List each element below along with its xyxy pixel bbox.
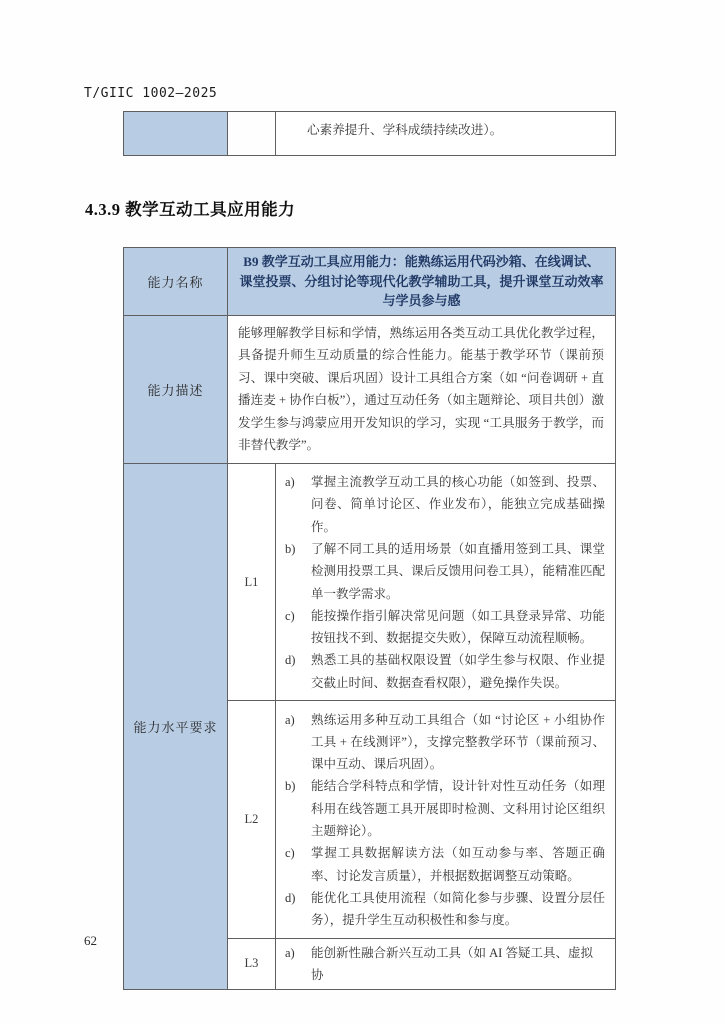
continuation-level-cell [228,112,276,156]
item-text: 熟悉工具的基础权限设置（如学生参与权限、作业提交截止时间、数据查看权限），避免操… [311,649,605,694]
capability-level-requirements-label: 能力水平要求 [124,464,228,990]
item-marker: b) [283,775,311,797]
item-marker: c) [283,842,311,864]
item-marker: c) [283,605,311,627]
item-text: 能按操作指引解决常见问题（如工具登录异常、功能按钮找不到、数据提交失败），保障互… [311,605,605,650]
list-item: d) 熟悉工具的基础权限设置（如学生参与权限、作业提交截止时间、数据查看权限），… [283,649,605,694]
table-row-level-1: 能力水平要求 L1 a) 掌握主流教学互动工具的核心功能（如签到、投票、问卷、简… [124,464,616,701]
continuation-label-cell [124,112,228,156]
capability-table: 能力名称 B9 教学互动工具应用能力：能熟练运用代码沙箱、在线调试、课堂投票、分… [123,247,616,990]
item-text: 了解不同工具的适用场景（如直播用签到工具、课堂检测用投票工具、课后反馈用问卷工具… [311,538,605,605]
list-item: b) 能结合学科特点和学情，设计针对性互动任务（如理科用在线答题工具开展即时检测… [283,775,605,842]
item-marker: d) [283,887,311,909]
section-heading: 4.3.9 教学互动工具应用能力 [85,196,295,220]
item-marker: d) [283,649,311,671]
level-1-label: L1 [228,464,276,701]
item-marker: a) [283,471,311,493]
continuation-text-cell: 心素养提升、学科成绩持续改进）。 [276,112,616,156]
list-item: c) 能按操作指引解决常见问题（如工具登录异常、功能按钮找不到、数据提交失败），… [283,605,605,650]
capability-description-label: 能力描述 [124,315,228,464]
level-1-items: a) 掌握主流教学互动工具的核心功能（如签到、投票、问卷、简单讨论区、作业发布）… [276,464,616,701]
list-item: a) 掌握主流教学互动工具的核心功能（如签到、投票、问卷、简单讨论区、作业发布）… [283,471,605,538]
table-row-capability-description: 能力描述 能够理解教学目标和学情，熟练运用各类互动工具优化教学过程，具备提升师生… [124,315,616,464]
document-standard-number: T/GIIC 1002—2025 [84,86,217,101]
item-text: 能结合学科特点和学情，设计针对性互动任务（如理科用在线答题工具开展即时检测、文科… [311,775,605,842]
list-item: b) 了解不同工具的适用场景（如直播用签到工具、课堂检测用投票工具、课后反馈用问… [283,538,605,605]
capability-name-label: 能力名称 [124,248,228,316]
item-marker: a) [283,709,311,731]
table-row-capability-name: 能力名称 B9 教学互动工具应用能力：能熟练运用代码沙箱、在线调试、课堂投票、分… [124,248,616,316]
level-3-items: a) 能创新性融合新兴互动工具（如 AI 答疑工具、虚拟协 [276,939,616,990]
item-marker: a) [283,942,311,964]
item-text: 能优化工具使用流程（如简化参与步骤、设置分层任务），提升学生互动积极性和参与度。 [311,887,605,932]
list-item: d) 能优化工具使用流程（如简化参与步骤、设置分层任务），提升学生互动积极性和参… [283,887,605,932]
capability-name-content: B9 教学互动工具应用能力：能熟练运用代码沙箱、在线调试、课堂投票、分组讨论等现… [228,248,616,316]
item-text: 能创新性融合新兴互动工具（如 AI 答疑工具、虚拟协 [311,942,605,987]
list-item: a) 熟练运用多种互动工具组合（如 “讨论区 + 小组协作工具 + 在线测评”）… [283,709,605,776]
level-3-label: L3 [228,939,276,990]
list-item: c) 掌握工具数据解读方法（如互动参与率、答题正确率、讨论发言质量），并根据数据… [283,842,605,887]
item-text: 掌握主流教学互动工具的核心功能（如签到、投票、问卷、简单讨论区、作业发布），能独… [311,471,605,538]
document-page: T/GIIC 1002—2025 心素养提升、学科成绩持续改进）。 4.3.9 … [0,0,724,1024]
list-item: a) 能创新性融合新兴互动工具（如 AI 答疑工具、虚拟协 [283,942,605,987]
item-text: 熟练运用多种互动工具组合（如 “讨论区 + 小组协作工具 + 在线测评”），支撑… [311,709,605,776]
capability-description-content: 能够理解教学目标和学情，熟练运用各类互动工具优化教学过程，具备提升师生互动质量的… [228,315,616,464]
item-marker: b) [283,538,311,560]
level-2-label: L2 [228,701,276,939]
page-number: 62 [84,933,97,949]
item-text: 掌握工具数据解读方法（如互动参与率、答题正确率、讨论发言质量），并根据数据调整互… [311,842,605,887]
continuation-table: 心素养提升、学科成绩持续改进）。 [123,111,616,156]
level-2-items: a) 熟练运用多种互动工具组合（如 “讨论区 + 小组协作工具 + 在线测评”）… [276,701,616,939]
